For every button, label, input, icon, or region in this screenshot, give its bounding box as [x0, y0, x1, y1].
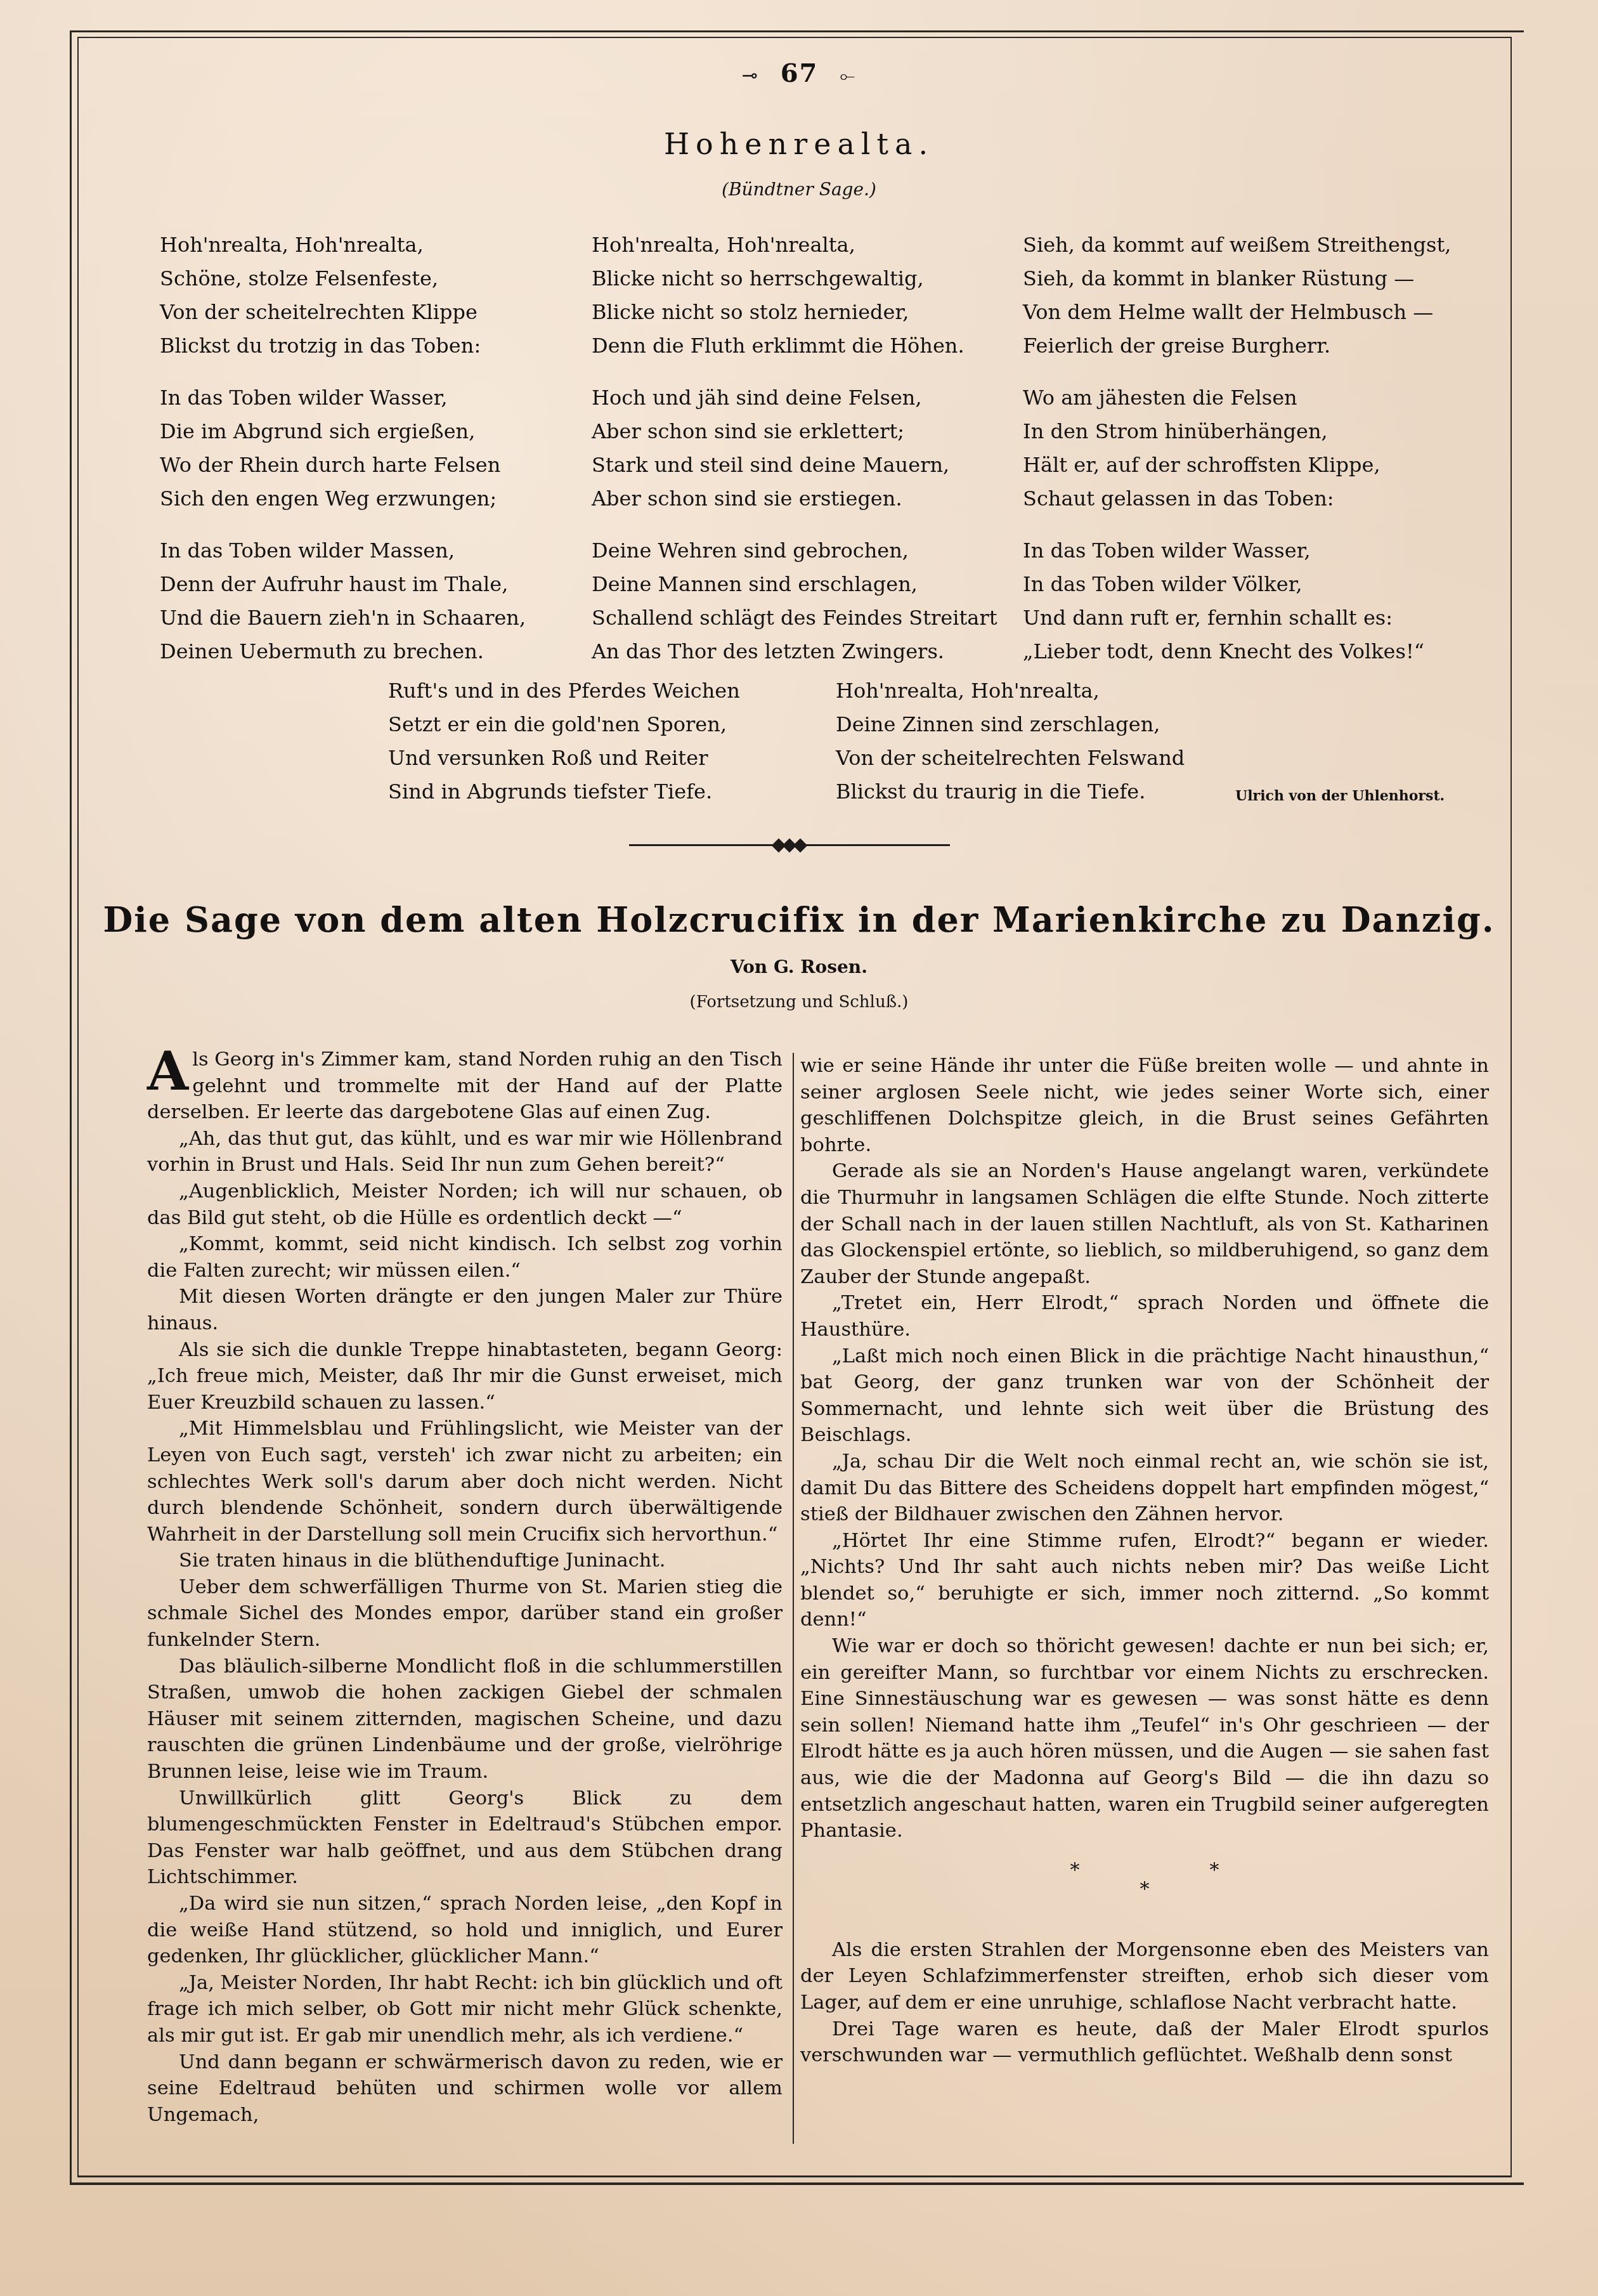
asterisk-icon: * [1140, 1878, 1150, 1900]
verse-line: Blickst du traurig in die Tiefe. [836, 775, 1185, 809]
paragraph: „Kommt, kommt, seid nicht kindisch. Ich … [147, 1231, 783, 1284]
verse-line: Blicke nicht so stolz hernieder, [592, 296, 997, 329]
verse-line: Hält er, auf der schroffsten Klippe, [1023, 448, 1451, 482]
verse-line: Von der scheitelrechten Felswand [836, 741, 1185, 775]
poem-subtitle: (Bündtner Sage.) [0, 179, 1598, 200]
paragraph: Drei Tage waren es heute, daß der Maler … [800, 2016, 1489, 2069]
ornament-left-icon: ⊸ [742, 65, 759, 87]
verse-line: Sich den engen Weg erzwungen; [160, 482, 526, 516]
paragraph: Als sie sich die dunkle Treppe hinabtast… [147, 1337, 783, 1416]
paragraph: Das bläulich-silberne Mondlicht floß in … [147, 1654, 783, 1785]
stanza: Hoh'nrealta, Hoh'nrealta, Blicke nicht s… [592, 228, 997, 363]
verse-line: Wo am jähesten die Felsen [1023, 381, 1451, 415]
story-byline: Von G. Rosen. [0, 956, 1598, 977]
verse-line: Hoh'nrealta, Hoh'nrealta, [592, 228, 997, 262]
asterisk-icon: * [1040, 1861, 1110, 1880]
poem-author: Ulrich von der Uhlenhorst. [1235, 788, 1445, 804]
paragraph: „Ja, schau Dir die Welt noch einmal rech… [800, 1449, 1489, 1528]
page-number: ⊸ 67 ⟜ [0, 58, 1598, 88]
verse-line: Wo der Rhein durch harte Felsen [160, 448, 526, 482]
page-number-value: 67 [781, 58, 819, 88]
section-break-asterism: ** * [800, 1861, 1489, 1899]
verse-line: Die im Abgrund sich ergießen, [160, 415, 526, 448]
stanza: Sieh, da kommt auf weißem Streithengst, … [1023, 228, 1451, 363]
verse-line: Sieh, da kommt in blanker Rüstung — [1023, 262, 1451, 296]
stanza: In das Toben wilder Massen, Denn der Auf… [160, 534, 526, 669]
verse-line: Sind in Abgrunds tiefster Tiefe. [388, 775, 740, 809]
verse-line: Denn die Fluth erklimmt die Höhen. [592, 329, 997, 363]
poem-column-1: Hoh'nrealta, Hoh'nrealta, Schöne, stolze… [160, 228, 526, 687]
verse-line: Hoh'nrealta, Hoh'nrealta, [160, 228, 526, 262]
verse-line: Blicke nicht so herrschgewaltig, [592, 262, 997, 296]
paragraph: Und dann begann er schwärmerisch davon z… [147, 2049, 783, 2129]
poem-column-2: Hoh'nrealta, Hoh'nrealta, Blicke nicht s… [592, 228, 997, 687]
stanza: Deine Wehren sind gebrochen, Deine Manne… [592, 534, 997, 669]
paragraph: Mit diesen Worten drängte er den jungen … [147, 1284, 783, 1336]
verse-line: Und versunken Roß und Reiter [388, 741, 740, 775]
verse-line: Schallend schlägt des Feindes Streitart [592, 601, 997, 635]
verse-line: Hoch und jäh sind deine Felsen, [592, 381, 997, 415]
paragraph: „Ah, das thut gut, das kühlt, und es war… [147, 1126, 783, 1178]
paragraph: Ueber dem schwerfälligen Thurme von St. … [147, 1574, 783, 1654]
paragraph: Sie traten hinaus in die blüthenduftige … [147, 1548, 783, 1574]
verse-line: Sieh, da kommt auf weißem Streithengst, [1023, 228, 1451, 262]
verse-line: Deine Zinnen sind zerschlagen, [836, 708, 1185, 741]
verse-line: Aber schon sind sie erstiegen. [592, 482, 997, 516]
verse-line: Stark und steil sind deine Mauern, [592, 448, 997, 482]
verse-line: In den Strom hinüberhängen, [1023, 415, 1451, 448]
verse-line: Feierlich der greise Burgherr. [1023, 329, 1451, 363]
ornament-right-icon: ⟜ [840, 65, 856, 87]
story-column-left: Als Georg in's Zimmer kam, stand Norden … [147, 1047, 783, 2128]
stanza: In das Toben wilder Wasser, In das Toben… [1023, 534, 1451, 669]
verse-line: Hoh'nrealta, Hoh'nrealta, [836, 674, 1185, 708]
verse-line: Deine Wehren sind gebrochen, [592, 534, 997, 568]
poem-column-3: Sieh, da kommt auf weißem Streithengst, … [1023, 228, 1451, 687]
paragraph: „Hörtet Ihr eine Stimme rufen, Elrodt?“ … [800, 1528, 1489, 1633]
paragraph: Als Georg in's Zimmer kam, stand Norden … [147, 1047, 783, 1126]
paragraph: Gerade als sie an Norden's Hause angelan… [800, 1158, 1489, 1290]
verse-line: Denn der Aufruhr haust im Thale, [160, 568, 526, 601]
verse-line: Schöne, stolze Felsenfeste, [160, 262, 526, 296]
paragraph: „Mit Himmelsblau und Frühlingslicht, wie… [147, 1416, 783, 1548]
verse-line: Ruft's und in des Pferdes Weichen [388, 674, 740, 708]
column-rule [793, 1053, 794, 2144]
verse-line: In das Toben wilder Wasser, [160, 381, 526, 415]
paragraph: „Augenblicklich, Meister Norden; ich wil… [147, 1178, 783, 1231]
paragraph: wie er seine Hände ihr unter die Füße br… [800, 1053, 1489, 1158]
verse-line: Von der scheitelrechten Klippe [160, 296, 526, 329]
verse-line: Blickst du trotzig in das Toben: [160, 329, 526, 363]
stanza: Hoch und jäh sind deine Felsen, Aber sch… [592, 381, 997, 516]
verse-line: Deine Mannen sind erschlagen, [592, 568, 997, 601]
verse-line: Und dann ruft er, fernhin schallt es: [1023, 601, 1451, 635]
verse-line: Setzt er ein die gold'nen Sporen, [388, 708, 740, 741]
paragraph: Als die ersten Strahlen der Morgensonne … [800, 1937, 1489, 2016]
verse-line: Von dem Helme wallt der Helmbusch — [1023, 296, 1451, 329]
verse-line: Und die Bauern zieh'n in Schaaren, [160, 601, 526, 635]
asterisk-icon: * [1179, 1861, 1249, 1880]
stanza: In das Toben wilder Wasser, Die im Abgru… [160, 381, 526, 516]
story-title: Die Sage von dem alten Holzcrucifix in d… [0, 899, 1598, 940]
story-column-right: wie er seine Hände ihr unter die Füße br… [800, 1053, 1489, 2069]
verse-line: Aber schon sind sie erklettert; [592, 415, 997, 448]
paragraph: Unwillkürlich glitt Georg's Blick zu dem… [147, 1785, 783, 1891]
poem-final-stanza-2: Hoh'nrealta, Hoh'nrealta, Deine Zinnen s… [836, 674, 1185, 809]
stanza: Wo am jähesten die Felsen In den Strom h… [1023, 381, 1451, 516]
paragraph-text: ls Georg in's Zimmer kam, stand Norden r… [147, 1048, 783, 1123]
paragraph: „Laßt mich noch einen Blick in die präch… [800, 1343, 1489, 1449]
verse-line: In das Toben wilder Massen, [160, 534, 526, 568]
drop-cap: A [147, 1049, 188, 1093]
poem-final-stanza-1: Ruft's und in des Pferdes Weichen Setzt … [388, 674, 740, 809]
verse-line: Schaut gelassen in das Toben: [1023, 482, 1451, 516]
verse-line: Deinen Uebermuth zu brechen. [160, 635, 526, 669]
paragraph: „Tretet ein, Herr Elrodt,“ sprach Norden… [800, 1290, 1489, 1343]
verse-line: An das Thor des letzten Zwingers. [592, 635, 997, 669]
verse-line: In das Toben wilder Wasser, [1023, 534, 1451, 568]
stanza: Hoh'nrealta, Hoh'nrealta, Schöne, stolze… [160, 228, 526, 363]
poem-title: Hohenrealta. [0, 127, 1598, 161]
verse-line: „Lieber todt, denn Knecht des Volkes!“ [1023, 635, 1451, 669]
paragraph: „Da wird sie nun sitzen,“ sprach Norden … [147, 1891, 783, 1970]
story-continuation-note: (Fortsetzung und Schluß.) [0, 993, 1598, 1012]
paragraph: „Ja, Meister Norden, Ihr habt Recht: ich… [147, 1970, 783, 2049]
section-divider-ornament [629, 840, 950, 849]
paragraph: Wie war er doch so thöricht gewesen! dac… [800, 1633, 1489, 1844]
verse-line: In das Toben wilder Völker, [1023, 568, 1451, 601]
